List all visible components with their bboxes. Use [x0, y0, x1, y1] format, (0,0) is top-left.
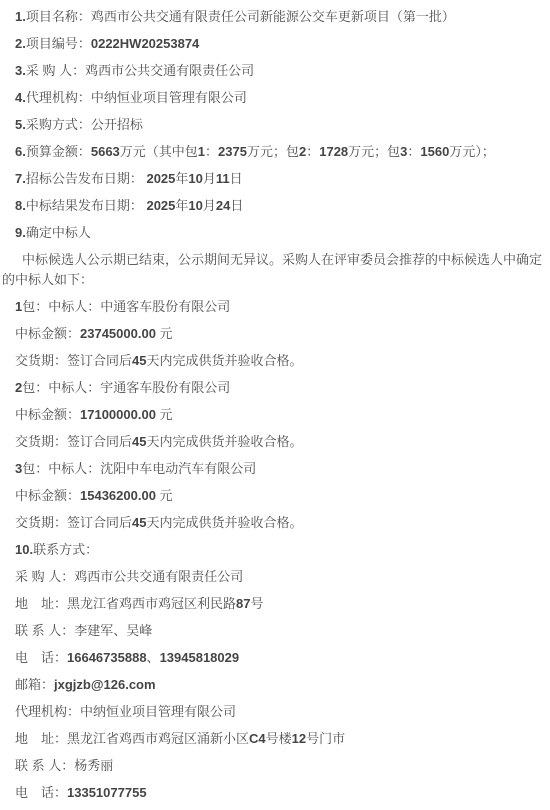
- paragraph-contact-purchaser-email: 邮箱：jxgjzb@126.com: [2, 675, 544, 695]
- paragraph-pkg2-winner: 2包：中标人：宇通客车股份有限公司: [2, 378, 544, 398]
- paragraph-pkg1-delivery: 交货期：签订合同后45天内完成供货并验收合格。: [2, 351, 544, 371]
- paragraph-project-name: 1.项目名称：鸡西市公共交通有限责任公司新能源公交车更新项目（第一批）: [2, 7, 544, 27]
- paragraph-winner-section-heading: 9.确定中标人: [2, 223, 544, 243]
- paragraph-pkg2-delivery: 交货期：签订合同后45天内完成供货并验收合格。: [2, 432, 544, 452]
- paragraph-tender-announce-date: 7.招标公告发布日期： 2025年10月11日: [2, 169, 544, 189]
- paragraph-pkg3-winner: 3包：中标人：沈阳中车电动汽车有限公司: [2, 459, 544, 479]
- paragraph-contact-purchaser-person: 联 系 人：李建军、吴峰: [2, 621, 544, 641]
- paragraph-agency: 4.代理机构：中纳恒业项目管理有限公司: [2, 88, 544, 108]
- paragraph-contact-purchaser: 采 购 人：鸡西市公共交通有限责任公司: [2, 567, 544, 587]
- paragraph-contact-purchaser-phone: 电 话：16646735888、13945818029: [2, 648, 544, 668]
- paragraph-contact-section-heading: 10.联系方式：: [2, 540, 544, 560]
- paragraph-result-announce-date: 8.中标结果发布日期： 2025年10月24日: [2, 196, 544, 216]
- paragraph-pkg2-amount: 中标金额：17100000.00 元: [2, 405, 544, 425]
- paragraph-project-number: 2.项目编号：0222HW20253874: [2, 34, 544, 54]
- paragraph-pkg1-winner: 1包：中标人：中通客车股份有限公司: [2, 297, 544, 317]
- paragraph-contact-agency-phone: 电 话：13351077755: [2, 783, 544, 803]
- paragraph-winner-statement: 中标候选人公示期已结束，公示期间无异议。采购人在评审委员会推荐的中标候选人中确定…: [2, 250, 544, 290]
- paragraph-budget: 6.预算金额：5663万元（其中包1：2375万元；包2：1728万元；包3：1…: [2, 142, 544, 162]
- paragraph-contact-agency-person: 联 系 人：杨秀丽: [2, 756, 544, 776]
- paragraph-pkg1-amount: 中标金额：23745000.00 元: [2, 324, 544, 344]
- paragraph-pkg3-delivery: 交货期：签订合同后45天内完成供货并验收合格。: [2, 513, 544, 533]
- paragraph-contact-agency: 代理机构：中纳恒业项目管理有限公司: [2, 702, 544, 722]
- paragraph-contact-agency-address: 地 址：黑龙江省鸡西市鸡冠区涌新小区C4号楼12号门市: [2, 729, 544, 749]
- paragraph-procurement-method: 5.采购方式：公开招标: [2, 115, 544, 135]
- announcement-body: 1.项目名称：鸡西市公共交通有限责任公司新能源公交车更新项目（第一批）2.项目编…: [0, 7, 550, 803]
- paragraph-purchaser: 3.采 购 人：鸡西市公共交通有限责任公司: [2, 61, 544, 81]
- paragraph-contact-purchaser-address: 地 址：黑龙江省鸡西市鸡冠区利民路87号: [2, 594, 544, 614]
- paragraph-pkg3-amount: 中标金额：15436200.00 元: [2, 486, 544, 506]
